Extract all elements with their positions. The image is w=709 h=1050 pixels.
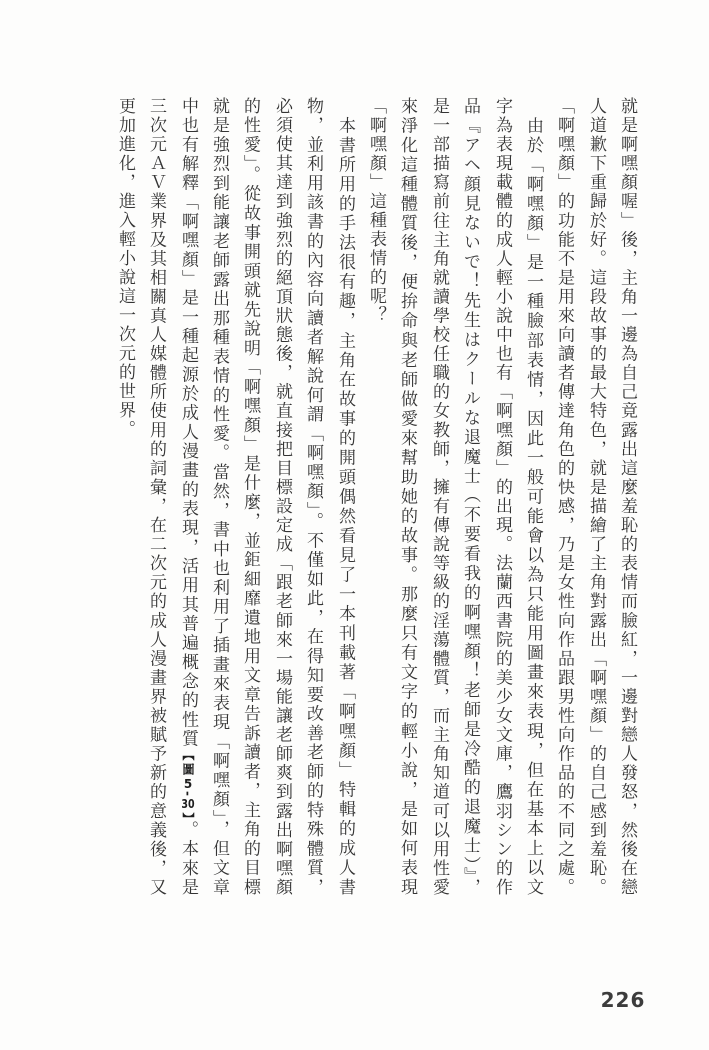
text-segment: 中也有解釋「啊嘿顏」是一種起源於成人漫畫的表現，活用其普遍概念的性質 (178, 97, 198, 749)
text-column: 「啊嘿顏」的功能不是用來向讀者傳達角色的快感，乃是女性向作品跟男性向作品的不同之… (548, 97, 579, 895)
page-number: 226 (600, 988, 646, 1012)
figure-ref-number: 30 (181, 796, 195, 812)
text-column: 三次元ＡＶ業界及其相關真人媒體所使用的詞彙，在二次元的成人漫畫界被賦予新的意義後… (140, 97, 171, 895)
figure-ref-chapter: 5 (181, 777, 195, 791)
text-column: 的性愛」。從故事開頭就先說明「啊嘿顏」是什麼，並鉅細靡遺地用文章告訴讀者，主角的… (234, 97, 265, 895)
figure-ref-suffix: 】 (181, 812, 195, 820)
text-column: 就是啊嘿顏喔」後，主角一邊為自己竟露出這麼羞恥的表情而臉紅，一邊對戀人發怒，然後… (611, 97, 642, 895)
text-column: 品『アヘ顔見ないで！先生はクールな退魔士（不要看我的啊嘿顏！老師是冷酷的退魔士）… (454, 97, 485, 895)
figure-reference: 【圖5-30】 (181, 749, 195, 821)
text-column-with-figure-ref: 中也有解釋「啊嘿顏」是一種起源於成人漫畫的表現，活用其普遍概念的性質【圖5-30… (172, 97, 203, 895)
text-column: 本書所用的手法很有趣，主角在故事的開頭偶然看見了一本刊載著「啊嘿顏」特輯的成人書 (329, 97, 360, 895)
text-column-paragraph-end: 「啊嘿顏」這種表情的呢？ (360, 97, 391, 895)
text-column: 人道歉下重歸於好。這段故事的最大特色，就是描繪了主角對露出「啊嘿顏」的自己感到羞… (580, 97, 611, 895)
figure-ref-prefix: 【圖 (181, 749, 195, 777)
text-segment: 。本來是 (178, 821, 198, 896)
text-column: 由於「啊嘿顏」是一種臉部表情，因此一般可能會以為只能用圖畫來表現，但在基本上以文 (517, 97, 548, 895)
book-page: 就是啊嘿顏喔」後，主角一邊為自己竟露出這麼羞恥的表情而臉紅，一邊對戀人發怒，然後… (0, 0, 709, 1050)
text-column: 必須使其達到強烈的絕頂狀態後，就直接把目標設定成「跟老師來一場能讓老師爽到露出啊… (266, 97, 297, 895)
text-column: 字為表現載體的成人輕小說中也有「啊嘿顏」的出現。法蘭西書院的美少女文庫，鷹羽シン… (486, 97, 517, 895)
text-column: 是一部描寫前往主角就讀學校任職的女教師，擁有傳說等級的淫蕩體質，而主角知道可以用… (423, 97, 454, 895)
text-column-paragraph-end: 更加進化，進入輕小說這一次元的世界。 (109, 97, 140, 895)
text-column: 物，並利用該書的內容向讀者解說何謂「啊嘿顏」。不僅如此，在得知要改善老師的特殊體… (297, 97, 328, 895)
text-column: 就是強烈到能讓老師露出那種表情的性愛。當然，書中也利用了插畫來表現「啊嘿顏」，但… (203, 97, 234, 895)
text-column: 來淨化這種體質後，便拚命與老師做愛來幫助她的故事。那麼只有文字的輕小說，是如何表… (391, 97, 422, 895)
